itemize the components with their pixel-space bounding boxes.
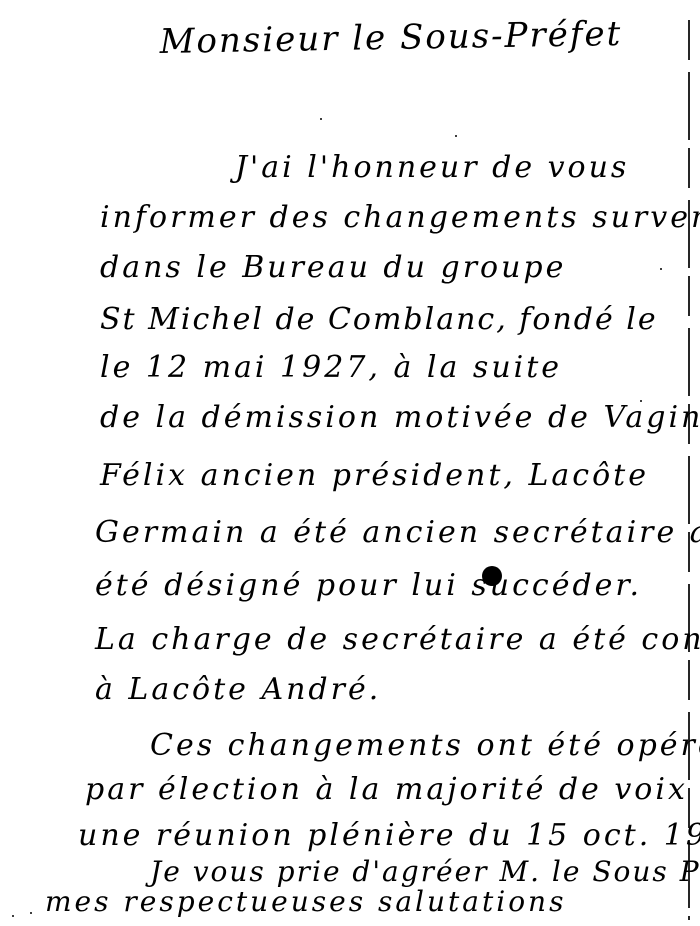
body-line-2: informer des changements survenus	[100, 200, 700, 235]
scan-speck	[320, 118, 322, 120]
closing-line-1: Je vous prie d'agréer M. le Sous Préfet	[150, 855, 700, 888]
scan-speck	[12, 915, 14, 917]
closing-line-2: mes respectueuses salutations	[45, 885, 566, 918]
body-line-1: J'ai l'honneur de vous	[235, 150, 629, 185]
scan-speck	[30, 912, 32, 914]
body-line-8: Germain a été ancien secrétaire a	[95, 515, 700, 550]
body-line-9: été désigné pour lui succéder.	[95, 568, 642, 603]
body-line-11: à Lacôte André.	[95, 672, 381, 707]
body-line-14: une réunion plénière du 15 oct. 1928	[78, 818, 700, 853]
scan-speck	[660, 268, 662, 270]
body-line-7: Félix ancien président, Lacôte	[100, 458, 649, 493]
body-line-5: le 12 mai 1927, à la suite	[100, 350, 562, 385]
body-line-6: de la démission motivée de Vaginay	[100, 400, 700, 435]
body-line-3: dans le Bureau du groupe	[100, 250, 566, 285]
ink-blot	[482, 566, 502, 586]
scan-speck	[640, 400, 642, 402]
body-line-13: par élection à la majorité de voix à	[85, 772, 700, 807]
body-line-12: Ces changements ont été opérés	[150, 728, 700, 763]
body-line-4: St Michel de Comblanc, fondé le	[100, 302, 658, 337]
body-line-10: La charge de secrétaire a été confiée	[95, 622, 700, 657]
salutation: Monsieur le Sous-Préfet	[159, 14, 622, 62]
letter-page: Monsieur le Sous-Préfet J'ai l'honneur d…	[0, 0, 700, 926]
scan-speck	[455, 135, 457, 137]
